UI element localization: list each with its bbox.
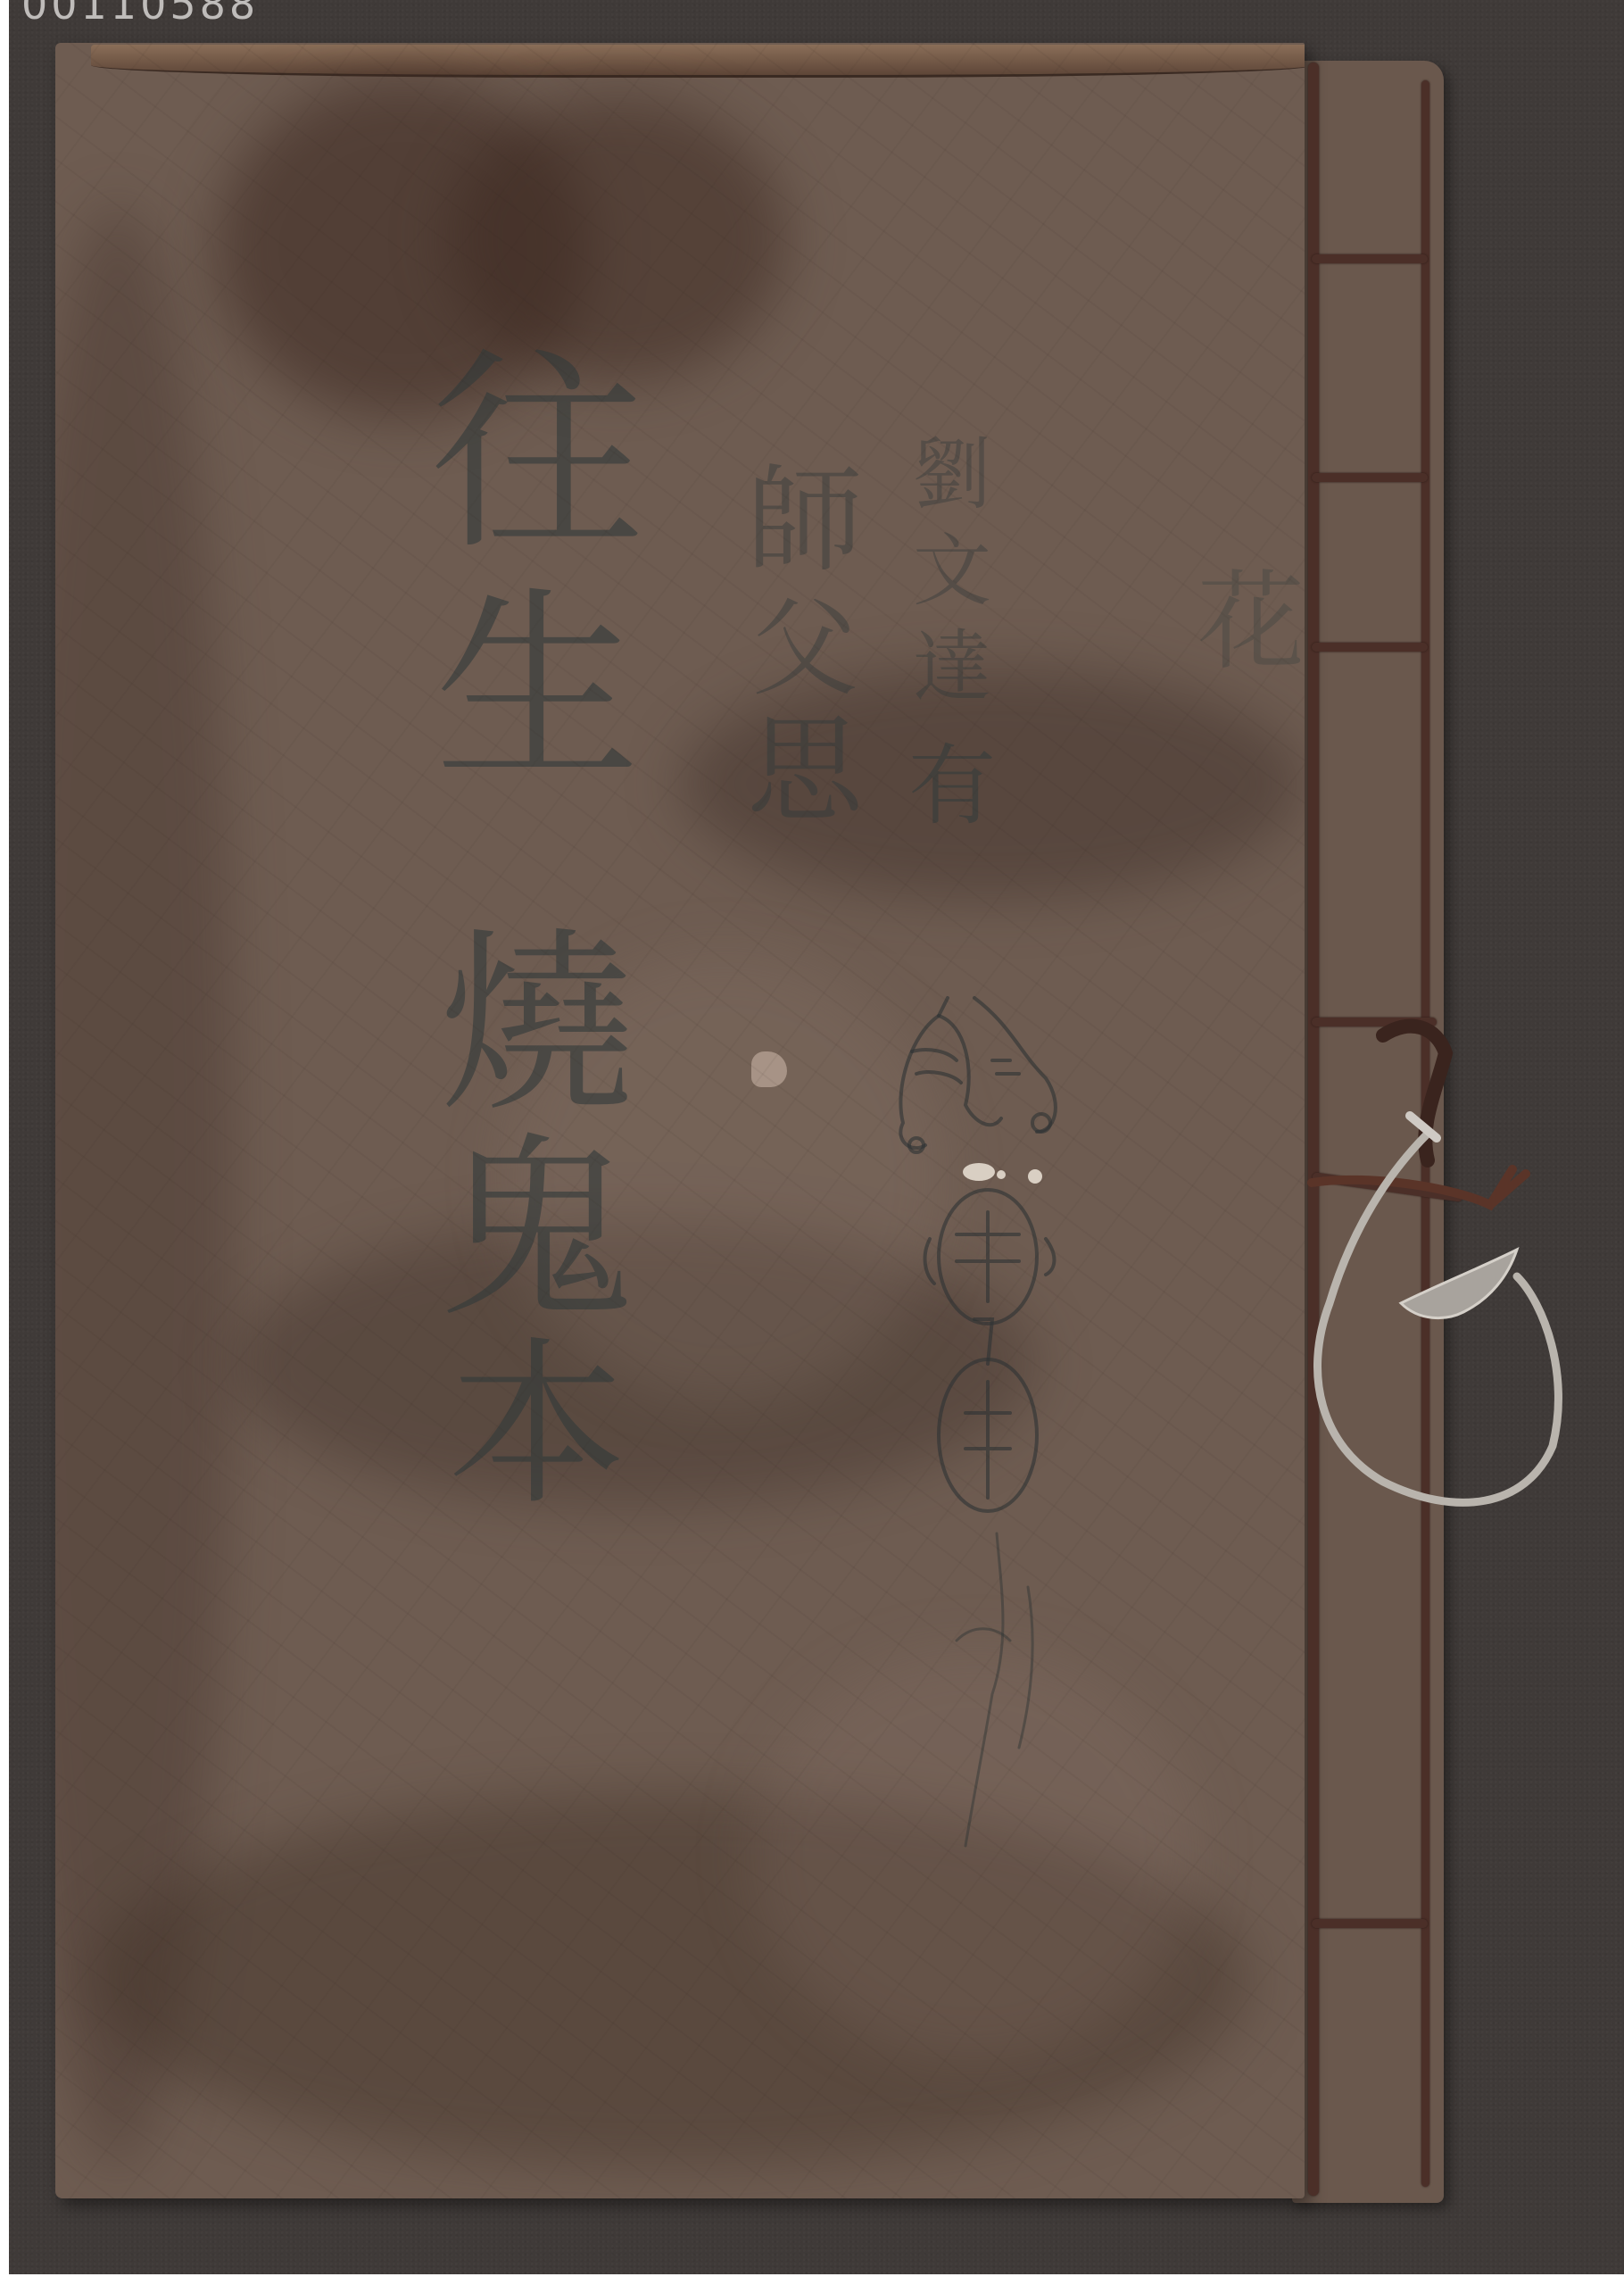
binding-stitch — [1312, 473, 1428, 482]
paper-crackle-texture — [55, 43, 1305, 2198]
book-cover: 往 生 燒 鬼 本 師 父 思 劉 文 達 有 花 — [55, 43, 1305, 2198]
scan-id-label: 00110588 — [21, 0, 259, 29]
binding-stitch — [1312, 254, 1428, 263]
binding-stitch — [1312, 1919, 1428, 1928]
binding-tie-cord — [1276, 982, 1597, 1785]
binding-stitch — [1312, 643, 1428, 652]
scan-background: 00110588 往 生 燒 鬼 本 師 父 思 劉 文 — [9, 0, 1624, 2274]
